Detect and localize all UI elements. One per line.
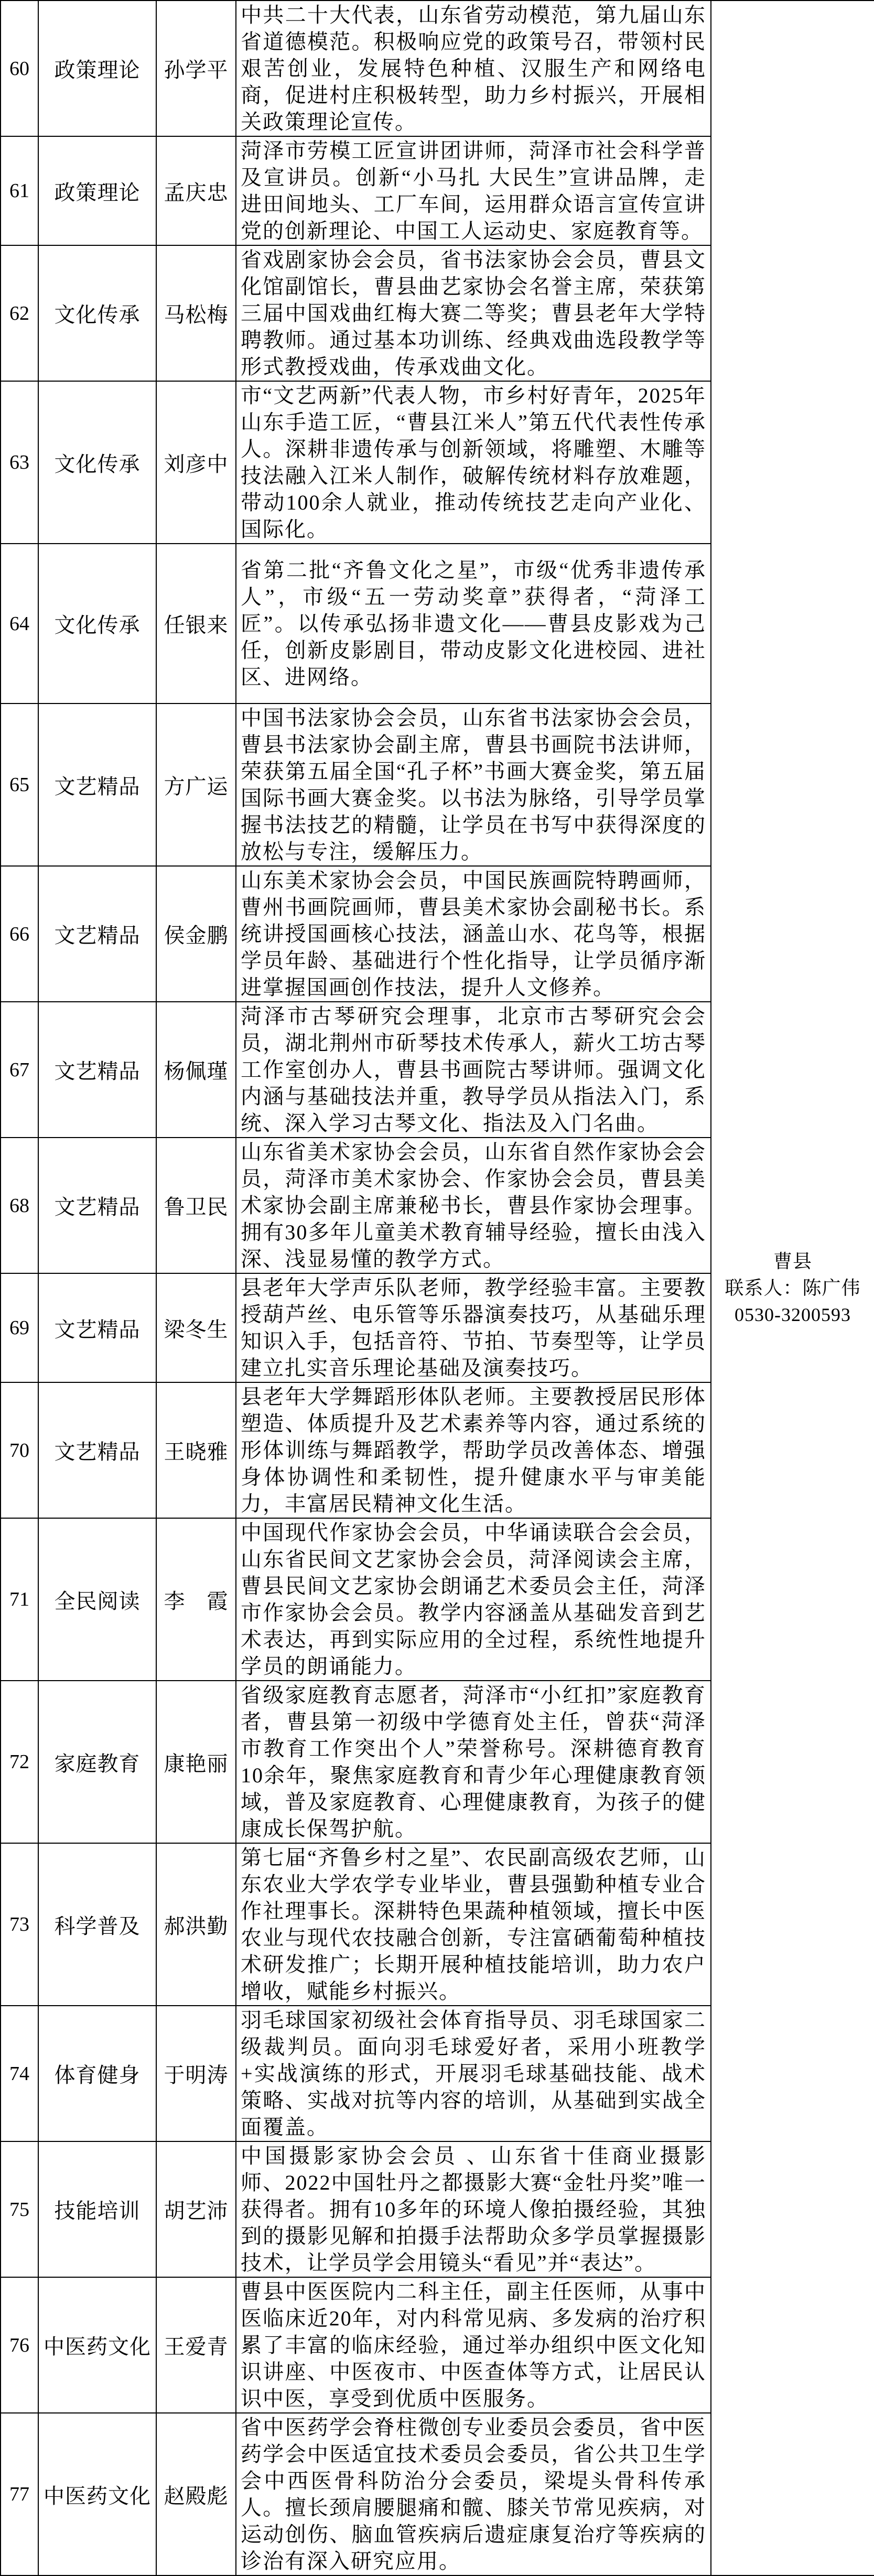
name-cell: 任银来 [156, 544, 236, 703]
row-number-cell: 65 [1, 703, 38, 866]
name-cell: 刘彦中 [156, 381, 236, 544]
description-cell: 省级家庭教育志愿者，菏泽市“小红扣”家庭教育者，曹县第一初级中学德育处主任，曾获… [236, 1681, 711, 1843]
category-cell: 政策理论 [38, 1, 156, 136]
category-cell: 文艺精品 [38, 703, 156, 866]
category-cell: 文化传承 [38, 381, 156, 544]
name-cell: 孟庆忠 [156, 136, 236, 245]
name-cell: 王晓雅 [156, 1382, 236, 1518]
description-cell: 县老年大学舞蹈形体队老师。主要教授居民形体塑造、体质提升及艺术素养等内容，通过系… [236, 1382, 711, 1518]
category-cell: 文艺精品 [38, 866, 156, 1002]
category-cell: 文艺精品 [38, 1002, 156, 1138]
name-cell: 马松梅 [156, 245, 236, 381]
row-number-cell: 70 [1, 1382, 38, 1518]
description-cell: 菏泽市劳模工匠宣讲团讲师，菏泽市社会科学普及宣讲员。创新“小马扎 大民生”宣讲品… [236, 136, 711, 245]
row-number-cell: 60 [1, 1, 38, 136]
category-cell: 体育健身 [38, 2006, 156, 2141]
document-page: 60政策理论孙学平中共二十大代表，山东省劳动模范，第九届山东省道德模范。积极响应… [0, 0, 874, 2576]
name-cell: 于明涛 [156, 2006, 236, 2141]
row-number-cell: 72 [1, 1681, 38, 1843]
description-cell: 省戏剧家协会会员，省书法家协会会员，曹县文化馆副馆长，曹县曲艺家协会名誉主席，荣… [236, 245, 711, 381]
category-cell: 全民阅读 [38, 1518, 156, 1681]
row-number-cell: 74 [1, 2006, 38, 2141]
row-number-cell: 73 [1, 1843, 38, 2006]
category-cell: 政策理论 [38, 136, 156, 245]
name-cell: 杨佩瑾 [156, 1002, 236, 1138]
description-cell: 山东美术家协会会员，中国民族画院特聘画师，曹州书画院画师，曹县美术家协会副秘书长… [236, 866, 711, 1002]
name-cell: 康艳丽 [156, 1681, 236, 1843]
description-cell: 中共二十大代表，山东省劳动模范，第九届山东省道德模范。积极响应党的政策号召，带领… [236, 1, 711, 136]
row-number-cell: 66 [1, 866, 38, 1002]
category-cell: 中医药文化 [38, 2277, 156, 2413]
name-cell: 孙学平 [156, 1, 236, 136]
category-cell: 文艺精品 [38, 1273, 156, 1382]
contact-person: 联系人：陈广伟 [712, 1275, 873, 1302]
description-cell: 山东省美术家协会会员，山东省自然作家协会会员，菏泽市美术家协会、作家协会会员，曹… [236, 1138, 711, 1273]
contact-phone: 0530-3200593 [712, 1302, 873, 1328]
category-cell: 中医药文化 [38, 2413, 156, 2575]
description-cell: 中国摄影家协会会员 、山东省十佳商业摄影师、2022中国牡丹之都摄影大赛“金牡丹… [236, 2141, 711, 2277]
category-cell: 文化传承 [38, 544, 156, 703]
row-number-cell: 77 [1, 2413, 38, 2575]
row-number-cell: 76 [1, 2277, 38, 2413]
row-number-cell: 63 [1, 381, 38, 544]
description-cell: 中国书法家协会会员，山东省书法家协会会员，曹县书法家协会副主席，曹县书画院书法讲… [236, 703, 711, 866]
row-number-cell: 68 [1, 1138, 38, 1273]
county-name: 曹县 [712, 1248, 873, 1275]
name-cell: 梁冬生 [156, 1273, 236, 1382]
description-cell: 省中医药学会脊柱微创专业委员会委员，省中医药学会中医适宜技术委员会委员，省公共卫… [236, 2413, 711, 2575]
description-cell: 省第二批“齐鲁文化之星”，市级“优秀非遗传承人”，市级“五一劳动奖章”获得者，“… [236, 544, 711, 703]
name-cell: 方广运 [156, 703, 236, 866]
category-cell: 文化传承 [38, 245, 156, 381]
description-cell: 曹县中医医院内二科主任，副主任医师，从事中医临床近20年，对内科常见病、多发病的… [236, 2277, 711, 2413]
name-cell: 鲁卫民 [156, 1138, 236, 1273]
name-cell: 胡艺沛 [156, 2141, 236, 2277]
category-cell: 家庭教育 [38, 1681, 156, 1843]
row-number-cell: 75 [1, 2141, 38, 2277]
name-cell: 郝洪勤 [156, 1843, 236, 2006]
name-cell: 王爱青 [156, 2277, 236, 2413]
category-cell: 技能培训 [38, 2141, 156, 2277]
category-cell: 文艺精品 [38, 1138, 156, 1273]
row-number-cell: 71 [1, 1518, 38, 1681]
description-cell: 市“文艺两新”代表人物，市乡村好青年，2025年山东手造工匠，“曹县江米人”第五… [236, 381, 711, 544]
description-cell: 县老年大学声乐队老师，教学经验丰富。主要教授葫芦丝、电乐管等乐器演奏技巧，从基础… [236, 1273, 711, 1382]
name-cell: 赵殿彪 [156, 2413, 236, 2575]
row-number-cell: 64 [1, 544, 38, 703]
row-number-cell: 61 [1, 136, 38, 245]
table-row: 60政策理论孙学平中共二十大代表，山东省劳动模范，第九届山东省道德模范。积极响应… [1, 1, 874, 136]
category-cell: 科学普及 [38, 1843, 156, 2006]
description-cell: 中国现代作家协会会员，中华诵读联合会会员，山东省民间文艺家协会会员，菏泽阅读会主… [236, 1518, 711, 1681]
row-number-cell: 62 [1, 245, 38, 381]
row-number-cell: 67 [1, 1002, 38, 1138]
county-contact-cell: 曹县联系人：陈广伟0530-3200593 [711, 1, 874, 2575]
description-cell: 第七届“齐鲁乡村之星”、农民副高级农艺师，山东农业大学农学专业毕业，曹县强勤种植… [236, 1843, 711, 2006]
name-cell: 李 霞 [156, 1518, 236, 1681]
instructor-roster-table: 60政策理论孙学平中共二十大代表，山东省劳动模范，第九届山东省道德模范。积极响应… [0, 0, 874, 2576]
row-number-cell: 69 [1, 1273, 38, 1382]
description-cell: 菏泽市古琴研究会理事，北京市古琴研究会会员，湖北荆州市斫琴技术传承人，薪火工坊古… [236, 1002, 711, 1138]
roster-table-body: 60政策理论孙学平中共二十大代表，山东省劳动模范，第九届山东省道德模范。积极响应… [1, 1, 874, 2575]
description-cell: 羽毛球国家初级社会体育指导员、羽毛球国家二级裁判员。面向羽毛球爱好者，采用小班教… [236, 2006, 711, 2141]
name-cell: 侯金鹏 [156, 866, 236, 1002]
category-cell: 文艺精品 [38, 1382, 156, 1518]
